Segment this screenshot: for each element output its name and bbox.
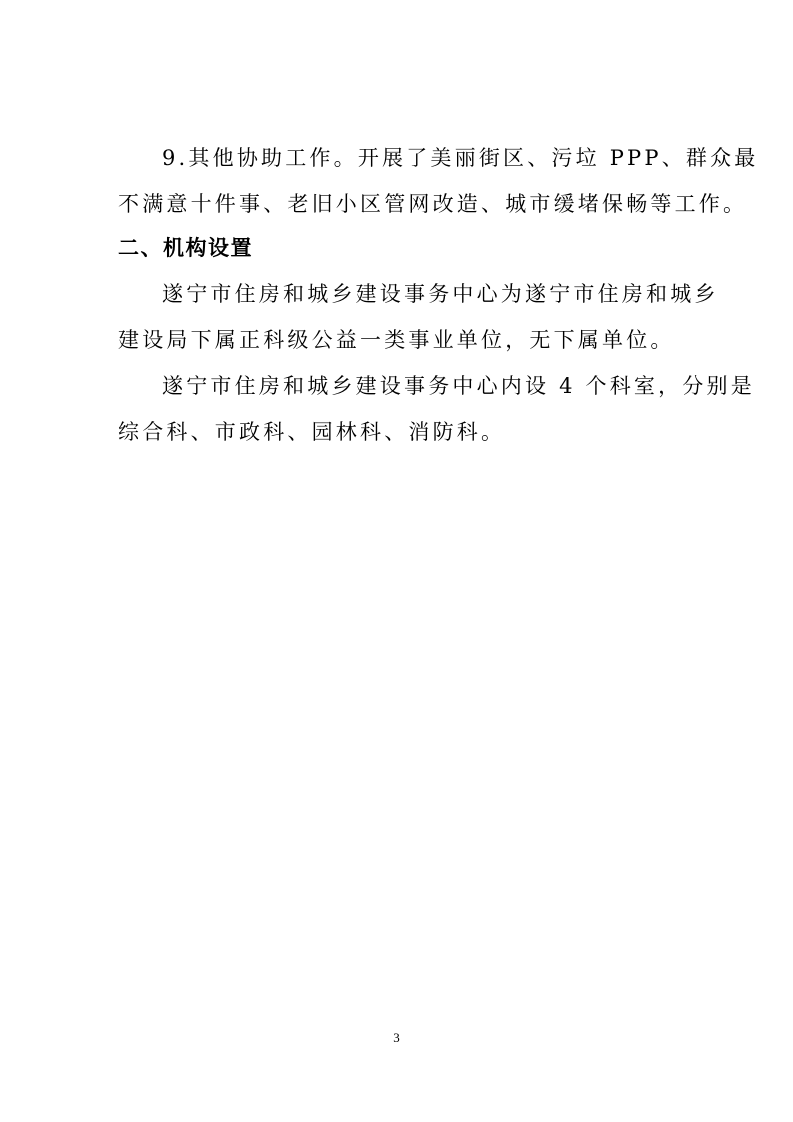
document-page: 9.其他协助工作。开展了美丽街区、污垃 PPP、群众最 不满意十件事、老旧小区管… (0, 0, 793, 1122)
org-paragraph-1-line-2: 建设局下属正科级公益一类事业单位，无下属单位。 (118, 325, 675, 355)
org-paragraph-2-line-1: 遂宁市住房和城乡建设事务中心内设 4 个科室，分别是 (162, 371, 755, 401)
org-paragraph-1-line-1: 遂宁市住房和城乡建设事务中心为遂宁市住房和城乡 (162, 279, 719, 309)
paragraph-9-line-2: 不满意十件事、老旧小区管网改造、城市缓堵保畅等工作。 (118, 189, 747, 219)
org-paragraph-2-line-2: 综合科、市政科、园林科、消防科。 (118, 417, 505, 447)
section-heading: 二、机构设置 (118, 233, 253, 263)
paragraph-9-line-1: 9.其他协助工作。开展了美丽街区、污垃 PPP、群众最 (162, 143, 759, 173)
page-number: 3 (0, 1030, 793, 1046)
